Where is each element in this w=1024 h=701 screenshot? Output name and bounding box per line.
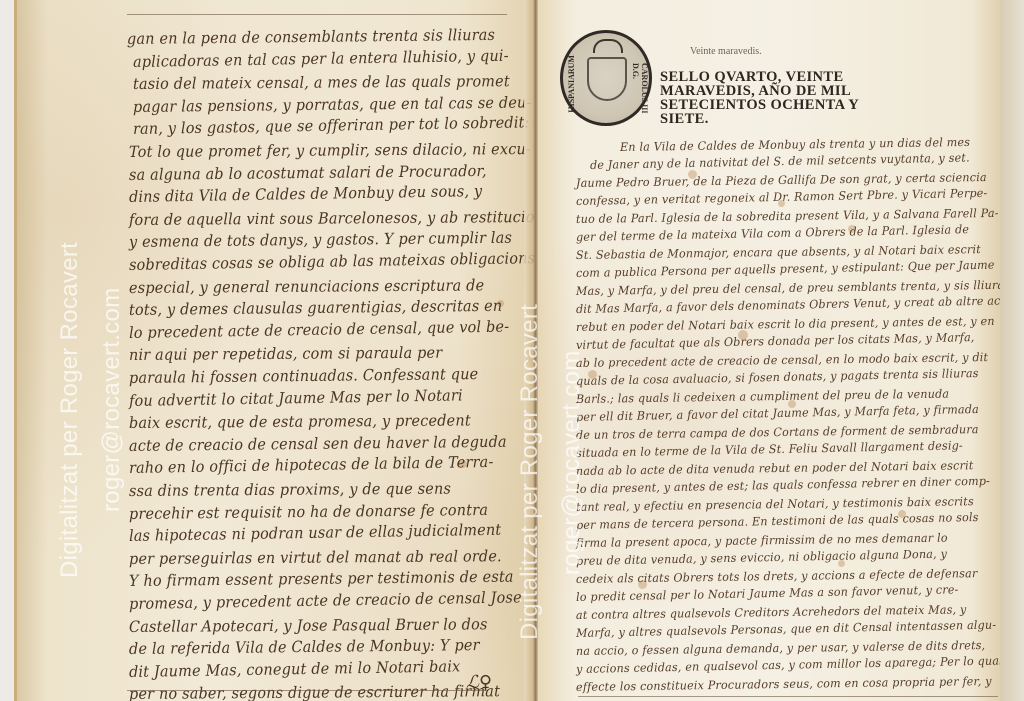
handwritten-line: effecte los constitueix Procuradors seus… [576,674,992,694]
handwritten-line: sa alguna ab lo acostumat salari de Proc… [129,162,487,184]
watermark-line-1: Digitalitzat per Roger Rocavert [516,304,544,640]
seal-legend-left: HISPANIARUM [567,55,576,113]
handwritten-line: per mans de tercera persona. En testimon… [576,510,979,532]
handwritten-line: dit Jaume Mas, conegut de mi lo Notari b… [129,657,461,681]
handwritten-line: raho en lo offici de hipotecas de la bil… [129,453,494,477]
handwritten-line: virtut de facultat que als Obrers donada… [576,330,975,352]
stamp-line: SETECIENTOS OCHENTA Y [660,98,859,112]
handwritten-line: aplicadoras en tal cas per la entera llu… [133,46,509,70]
handwritten-line: especial, y general renunciacions escrip… [129,276,484,297]
handwritten-line: precehir est requisit no ha de donarse f… [129,501,488,523]
stamp-line: SIETE. [660,112,859,126]
handwritten-line: dins dita Vila de Caldes de Monbuy deu s… [129,182,483,206]
signature-rubric: ℒ♀ [466,672,492,693]
handwritten-line: lo predit censal per lo Notari Jaume Mas… [576,582,959,604]
stamp-line: SELLO QVARTO, VEINTE [660,70,859,84]
handwritten-line: de la referida Vila de Caldes de Monbuy:… [129,636,480,658]
left-page: gan en la pena de consemblants trenta si… [14,0,535,701]
top-rule-line [127,14,507,15]
handwritten-line: baix escrit, que de esta promesa, y prec… [129,412,471,433]
watermark-line-1: Digitalitzat per Roger Rocavert [56,242,84,578]
crown-icon [593,39,623,53]
stamp-header-small: Veinte maravedis. [690,46,762,57]
watermark-line-2: roger@rocavert.com [558,351,586,576]
handwritten-line: Castellar Apotecari, y Jose Pasqual Brue… [129,615,488,636]
scanned-document: gan en la pena de consemblants trenta si… [0,0,1024,701]
handwritten-line: fora de aquella vint sous Barcelonesos, … [129,208,535,229]
bottom-rule-line [127,690,487,691]
handwritten-line: ger del terme de la mateixa Vila com a O… [576,222,969,244]
handwritten-line: preu de dita venuda, y sens eviccio, ni … [576,547,947,568]
handwritten-line: pagar las pensions, y porratas, que en t… [133,93,532,115]
handwritten-line: quals de la cosa avaluacio, si fosen don… [576,366,979,388]
handwritten-line: tasio del mateix censal, a mes de las qu… [133,72,510,93]
handwritten-line: per no saber, segons digue de escriurer … [129,683,500,701]
handwritten-line: acte de creacio de censal sen deu haver … [129,433,507,455]
handwritten-line: de Janer any de la nativitat del S. de m… [590,150,970,172]
handwritten-line: per perseguirlas en virtut del manat ab … [129,547,502,568]
handwritten-line: per ell dit Bruer, a favor del citat Jau… [576,402,979,424]
handwritten-line: nir aqui per repetidas, com si paraula p… [129,344,442,364]
handwritten-line: ran, y los gastos, que se offeriran per … [133,114,530,139]
handwritten-line: lo precedent acte de creacio de censal, … [129,317,509,341]
bottom-rule-line [578,696,998,697]
handwritten-line: ssa dins trenta dias proxims, y de que s… [129,480,451,500]
royal-seal-stamp: CAROLUS III D.G. HISPANIARUM [560,30,652,126]
seal-legend-right: CAROLUS III D.G. [631,63,649,123]
handwritten-line: Y ho firmam essent presents per testimon… [129,568,514,590]
handwritten-line: situada en lo terme de la Vila de St. Fe… [576,438,963,460]
handwritten-line: y esmena de tots danys, y gastos. Y per … [129,229,512,251]
handwritten-line: Tot lo que promet fer, y cumplir, sens d… [129,140,531,161]
watermark-line-2: roger@rocavert.com [98,288,126,513]
handwritten-line: gan en la pena de consemblants trenta si… [127,26,495,48]
stamp-printed-text: SELLO QVARTO, VEINTE MARAVEDIS, AÑO DE M… [660,70,859,126]
handwritten-line: paraula hi fossen continuadas. Confessan… [129,365,479,387]
coat-of-arms-icon [587,57,627,101]
right-page: CAROLUS III D.G. HISPANIARUM Veinte mara… [538,0,1008,701]
handwritten-line: fou advertit lo citat Jaume Mas per lo N… [129,386,463,410]
handwritten-line: las hipotecas ni podran usar de ellas ju… [129,521,502,545]
handwritten-line: sobreditas cosas se obliga ab las mateix… [129,249,535,274]
stamp-line: MARAVEDIS, AÑO DE MIL [660,84,859,98]
handwritten-line: promesa, y precedent acte de creacio de … [129,588,522,613]
handwritten-line: tots, y demes clausulas guarentigias, de… [129,297,502,319]
next-page-edge [1000,0,1024,701]
